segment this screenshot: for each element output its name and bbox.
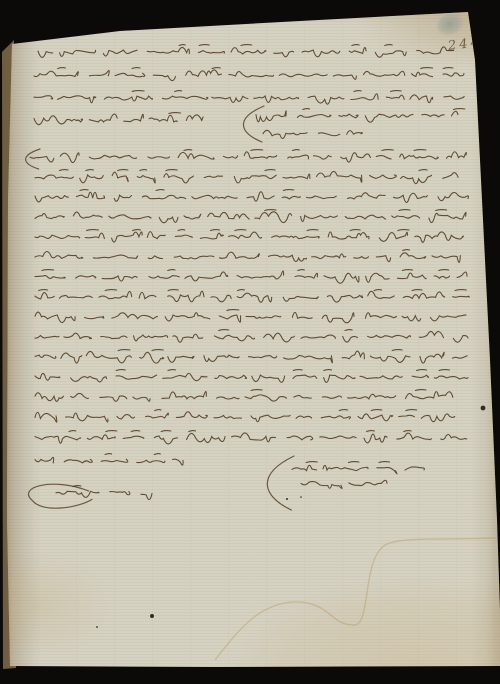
handwriting-stroke [35, 390, 453, 402]
handwriting-stroke [35, 370, 468, 383]
handwriting-stroke [35, 410, 455, 423]
handwriting-stroke [35, 170, 458, 184]
handwriting-stroke [35, 350, 467, 364]
ink-speck [96, 626, 98, 628]
dateline-heading-handwriting [256, 109, 465, 139]
handwriting-stroke [35, 210, 466, 223]
handwriting-stroke [267, 456, 294, 510]
handwriting-stroke [35, 230, 463, 243]
handwriting-stroke [35, 431, 467, 444]
handwriting-stroke [35, 290, 469, 303]
handwriting-stroke [35, 330, 468, 343]
photo-stage: 244 [0, 0, 500, 684]
main-entry-handwriting [30, 150, 469, 465]
handwriting-stroke [301, 480, 387, 488]
handwriting-stroke [35, 250, 460, 263]
handwriting-ink-layer [0, 0, 500, 684]
pen-flourishes [26, 106, 294, 510]
handwriting-stroke [35, 190, 468, 203]
handwriting-stroke [34, 113, 203, 125]
handwriting-stroke [263, 130, 363, 138]
manuscript-page: 244 [0, 0, 500, 684]
opening-paragraph-handwriting [34, 45, 464, 125]
handwriting-stroke [256, 109, 465, 123]
handwriting-stroke [34, 68, 464, 81]
ink-speck [481, 406, 486, 411]
handwriting-stroke [56, 486, 152, 500]
handwriting-stroke [38, 45, 454, 58]
handwriting-stroke [34, 91, 464, 105]
handwriting-stroke [35, 270, 467, 284]
handwriting-stroke [243, 106, 264, 142]
ink-speck [286, 498, 288, 500]
stain-tide-line [215, 538, 500, 660]
handwriting-stroke [292, 462, 424, 474]
margin-note-handwriting [56, 486, 152, 500]
handwriting-stroke [30, 150, 466, 163]
handwriting-stroke [26, 149, 40, 169]
signature-block-handwriting [292, 462, 424, 489]
ink-speck [150, 614, 154, 618]
handwriting-stroke [35, 454, 183, 465]
handwriting-stroke [35, 310, 466, 323]
handwriting-stroke [29, 484, 92, 508]
ink-speck [300, 496, 302, 498]
